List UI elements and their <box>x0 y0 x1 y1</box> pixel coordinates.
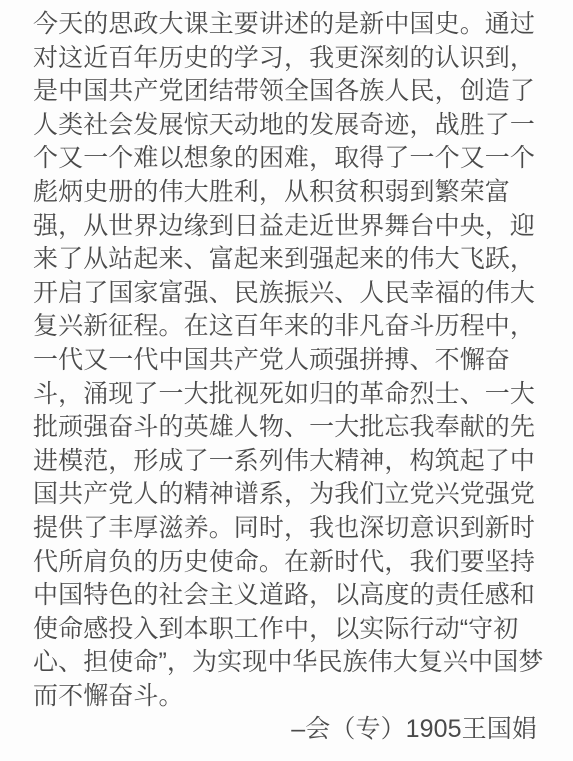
text-line: 心、担使命”，为实现中华民族伟大复兴中国梦 <box>33 646 539 680</box>
text-line: 今天的思政大课主要讲述的是新中国史。通过 <box>33 8 539 42</box>
text-line: 来了从站起来、富起来到强起来的伟大飞跃， <box>33 243 539 277</box>
text-line: 中国特色的社会主义道路，以高度的责任感和 <box>33 579 539 613</box>
text-line: 批顽强奋斗的英雄人物、一大批忘我奉献的先 <box>33 411 539 445</box>
text-line: 个又一个难以想象的困难，取得了一个又一个 <box>33 142 539 176</box>
text-line: 提供了丰厚滋养。同时，我也深切意识到新时 <box>33 512 539 546</box>
text-line: 国共产党人的精神谱系，为我们立党兴党强党 <box>33 478 539 512</box>
text-line: 使命感投入到本职工作中，以实际行动“守初 <box>33 613 539 647</box>
text-line: 彪炳史册的伟大胜利，从积贫积弱到繁荣富 <box>33 176 539 210</box>
text-line: 复兴新征程。在这百年来的非凡奋斗历程中， <box>33 310 539 344</box>
text-line: 代所肩负的历史使命。在新时代，我们要坚持 <box>33 546 539 580</box>
text-line: 开启了国家富强、民族振兴、人民幸福的伟大 <box>33 277 539 311</box>
text-line: 斗，涌现了一大批视死如归的革命烈士、一大 <box>33 378 539 412</box>
text-line: 人类社会发展惊天动地的发展奇迹，战胜了一 <box>33 109 539 143</box>
text-line: 是中国共产党团结带领全国各族人民，创造了 <box>33 75 539 109</box>
text-line: 而不懈奋斗。 <box>33 680 539 714</box>
text-line: 进模范，形成了一系列伟大精神，构筑起了中 <box>33 445 539 479</box>
text-line: 一代又一代中国共产党人顽强拼搏、不懈奋 <box>33 344 539 378</box>
essay-text-block: 今天的思政大课主要讲述的是新中国史。通过 对这近百年历史的学习，我更深刻的认识到… <box>33 8 539 747</box>
document-page: 今天的思政大课主要讲述的是新中国史。通过 对这近百年历史的学习，我更深刻的认识到… <box>0 0 573 761</box>
signature-line: –会（专）1905王国娟 <box>33 713 539 747</box>
text-line: 对这近百年历史的学习，我更深刻的认识到， <box>33 42 539 76</box>
text-line: 强，从世界边缘到日益走近世界舞台中央，迎 <box>33 210 539 244</box>
